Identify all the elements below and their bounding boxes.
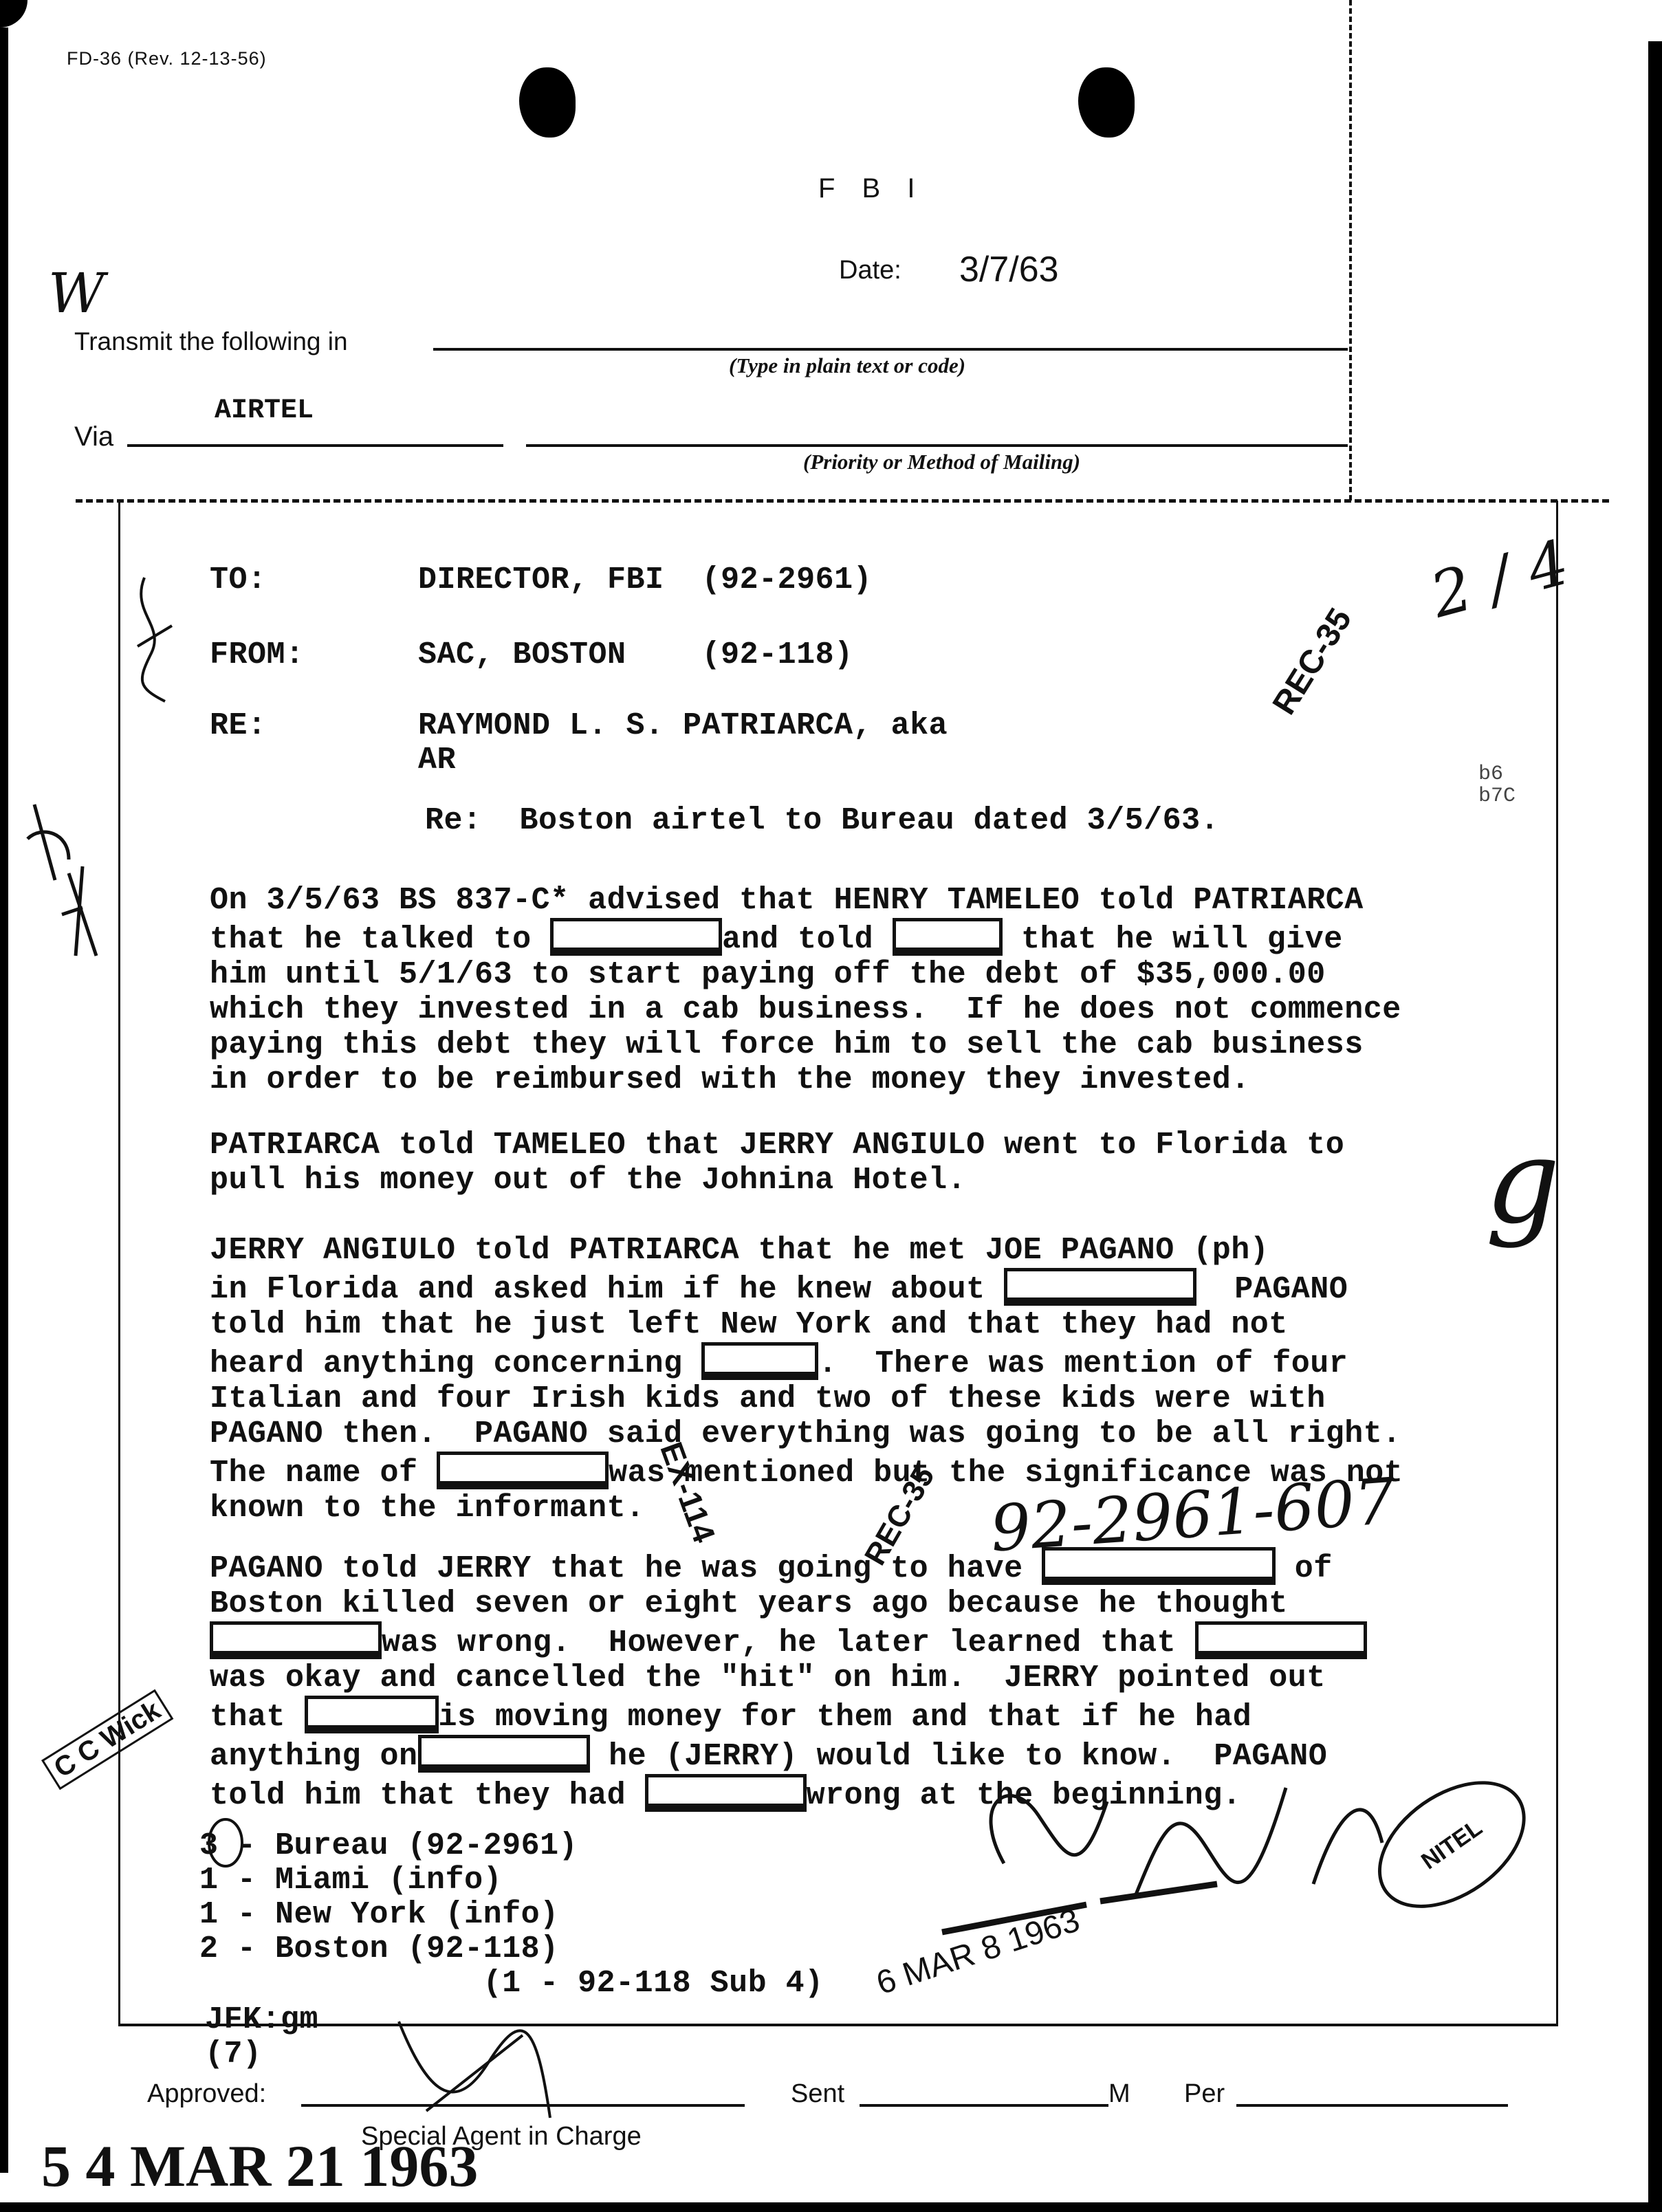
via-value: AIRTEL [215, 395, 314, 426]
redaction-box [437, 1452, 609, 1489]
text-segment: is moving money for them and that if he … [439, 1700, 1252, 1735]
redaction-box [701, 1342, 818, 1380]
text-line: that is moving money for them and that i… [210, 1696, 1367, 1735]
text-segment: was wrong. However, he later learned tha… [382, 1625, 1195, 1661]
punch-hole-left [519, 67, 576, 138]
exemption-b7c: b7C [1478, 785, 1516, 807]
to-value: DIRECTOR, FBI (92-2961) [418, 562, 872, 598]
text-line: that he talked to and told that he will … [210, 918, 1401, 957]
text-segment: of [1276, 1551, 1333, 1586]
text-segment: On 3/5/63 BS 837-C* advised that HENRY T… [210, 883, 1364, 918]
text-segment: PAGANO then. PAGANO said everything was … [210, 1416, 1401, 1452]
text-segment: in order to be reimbursed with the money… [210, 1062, 1250, 1097]
re-label: RE: [210, 708, 267, 743]
text-segment: PAGANO told JERRY that he was going to h… [210, 1551, 1042, 1586]
text-segment: which they invested in a cab business. I… [210, 992, 1401, 1027]
text-line: PATRIARCA told TAMELEO that JERRY ANGIUL… [210, 1128, 1344, 1163]
distribution-count: 2 [199, 1931, 237, 1967]
text-segment: known to the informant. [210, 1491, 645, 1526]
text-segment: paying this debt they will force him to … [210, 1027, 1364, 1062]
distribution-item: 2 - Boston (92-118) [199, 1932, 824, 1967]
priority-hint: (Priority or Method of Mailing) [803, 450, 1080, 474]
paragraph-1: On 3/5/63 BS 837-C* advised that HENRY T… [210, 883, 1401, 1097]
redaction-box [210, 1621, 382, 1659]
text-line: pull his money out of the Johnina Hotel. [210, 1163, 1344, 1198]
text-segment: Italian and four Irish kids and two of t… [210, 1381, 1326, 1416]
exemption-b6: b6 [1478, 763, 1516, 785]
typist-initials: JFK:gm [205, 2002, 318, 2037]
text-line: PAGANO told JERRY that he was going to h… [210, 1547, 1367, 1586]
sent-label: Sent [791, 2079, 844, 2109]
redaction-box [1004, 1268, 1196, 1306]
to-label: TO: [210, 562, 267, 598]
distribution-destination: - Boston (92-118) [237, 1931, 559, 1967]
via-label: Via [74, 421, 113, 452]
distribution-destination: - Bureau (92-2961) [237, 1828, 578, 1863]
text-segment: that [210, 1700, 305, 1735]
margin-initial-w: W [48, 261, 105, 325]
distribution-item: 1 - Miami (info) [199, 1863, 824, 1898]
handwritten-initials-bottom [385, 2008, 564, 2132]
scan-left-edge [0, 28, 8, 2173]
approved-label: Approved: [147, 2079, 266, 2109]
re-subject-character: AR [418, 743, 456, 778]
tear-line-vertical [1349, 0, 1352, 501]
priority-field-line [526, 444, 1348, 447]
text-line: was wrong. However, he later learned tha… [210, 1621, 1367, 1661]
text-segment: him until 5/1/63 to start paying off the… [210, 957, 1326, 992]
copy-count: (7) [205, 2037, 262, 2072]
date-value: 3/7/63 [959, 249, 1059, 290]
circle-mark-3 [206, 1815, 248, 1870]
foia-exemptions: b6 b7C [1478, 763, 1516, 807]
text-segment: was okay and cancelled the "hit" on him.… [210, 1661, 1326, 1696]
transmit-hint: (Type in plain text or code) [729, 353, 965, 378]
redaction-box [418, 1735, 590, 1773]
transmit-field-line [433, 348, 1348, 351]
text-segment: pull his money out of the Johnina Hotel. [210, 1163, 966, 1198]
text-line: paying this debt they will force him to … [210, 1027, 1401, 1062]
stamp-filed-date: 5 4 MAR 21 1963 [41, 2132, 478, 2200]
text-segment: that he talked to [210, 922, 550, 957]
redaction-box [893, 918, 1003, 956]
redaction-box [550, 918, 722, 956]
text-line: him until 5/1/63 to start paying off the… [210, 957, 1401, 992]
transmit-label: Transmit the following in [74, 327, 348, 356]
m-label: M [1108, 2079, 1130, 2109]
from-value: SAC, BOSTON (92-118) [418, 637, 853, 672]
text-line: JERRY ANGIULO told PATRIARCA that he met… [210, 1233, 1403, 1268]
text-segment: PAGANO [1196, 1272, 1348, 1307]
agency-title: F B I [818, 173, 924, 204]
text-line: was okay and cancelled the "hit" on him.… [210, 1661, 1367, 1696]
distribution-destination: - New York (info) [237, 1897, 559, 1932]
text-segment: and told [722, 922, 893, 957]
text-line: Italian and four Irish kids and two of t… [210, 1381, 1403, 1416]
text-line: PAGANO then. PAGANO said everything was … [210, 1416, 1403, 1452]
distribution-count: 1 [199, 1897, 237, 1932]
via-field-line [127, 444, 503, 447]
distribution-item: (1 - 92-118 Sub 4) [199, 1967, 824, 2001]
text-line: Boston killed seven or eight years ago b… [210, 1586, 1367, 1621]
redaction-box [645, 1774, 807, 1812]
handwritten-mark-left [124, 571, 186, 708]
text-line: in Florida and asked him if he knew abou… [210, 1268, 1403, 1307]
text-segment: told him that he just left New York and … [210, 1307, 1288, 1342]
distribution-item: 1 - New York (info) [199, 1898, 824, 1932]
distribution-list: 3 - Bureau (92-2961)1 - Miami (info)1 - … [199, 1829, 824, 2001]
re-subject: RAYMOND L. S. PATRIARCA, aka [418, 708, 948, 743]
sent-line [860, 2104, 1108, 2107]
scan-bottom-edge [0, 2202, 1662, 2212]
handwritten-signatures [928, 1760, 1478, 2022]
text-segment: that he will give [1003, 922, 1343, 957]
text-line: told him that he just left New York and … [210, 1307, 1403, 1342]
paragraph-2: PATRIARCA told TAMELEO that JERRY ANGIUL… [210, 1128, 1344, 1198]
reference-line: Re: Boston airtel to Bureau dated 3/5/63… [425, 803, 1219, 838]
text-line: heard anything concerning . There was me… [210, 1342, 1403, 1381]
form-id: FD-36 (Rev. 12-13-56) [67, 48, 267, 69]
date-label: Date: [839, 256, 901, 285]
text-segment: anything on [210, 1739, 418, 1774]
punch-hole-right [1078, 67, 1135, 138]
text-segment: JERRY ANGIULO told PATRIARCA that he met… [210, 1233, 1269, 1268]
text-line: in order to be reimbursed with the money… [210, 1062, 1401, 1097]
redaction-box [1195, 1621, 1367, 1659]
text-segment: told him that they had [210, 1778, 645, 1813]
per-line [1236, 2104, 1508, 2107]
text-segment: heard anything concerning [210, 1346, 701, 1381]
distribution-destination: (1 - 92-118 Sub 4) [370, 1966, 824, 2001]
redaction-box [305, 1696, 439, 1733]
text-segment: The name of [210, 1456, 437, 1491]
scan-corner-artifact [0, 0, 28, 28]
text-line: which they invested in a cab business. I… [210, 992, 1401, 1027]
handwritten-mark-margin [14, 798, 110, 963]
handwritten-initial-g: g [1485, 1114, 1560, 1250]
distribution-item: 3 - Bureau (92-2961) [199, 1829, 824, 1863]
text-line: On 3/5/63 BS 837-C* advised that HENRY T… [210, 883, 1401, 918]
per-label: Per [1184, 2079, 1225, 2109]
text-segment: . There was mention of four [818, 1346, 1348, 1381]
scan-right-edge [1648, 41, 1662, 2207]
distribution-count [199, 1966, 370, 2001]
text-segment: in Florida and asked him if he knew abou… [210, 1272, 1004, 1307]
distribution-destination: - Miami (info) [237, 1863, 502, 1898]
text-segment: Boston killed seven or eight years ago b… [210, 1586, 1288, 1621]
from-label: FROM: [210, 637, 305, 672]
text-segment: PATRIARCA told TAMELEO that JERRY ANGIUL… [210, 1128, 1344, 1163]
